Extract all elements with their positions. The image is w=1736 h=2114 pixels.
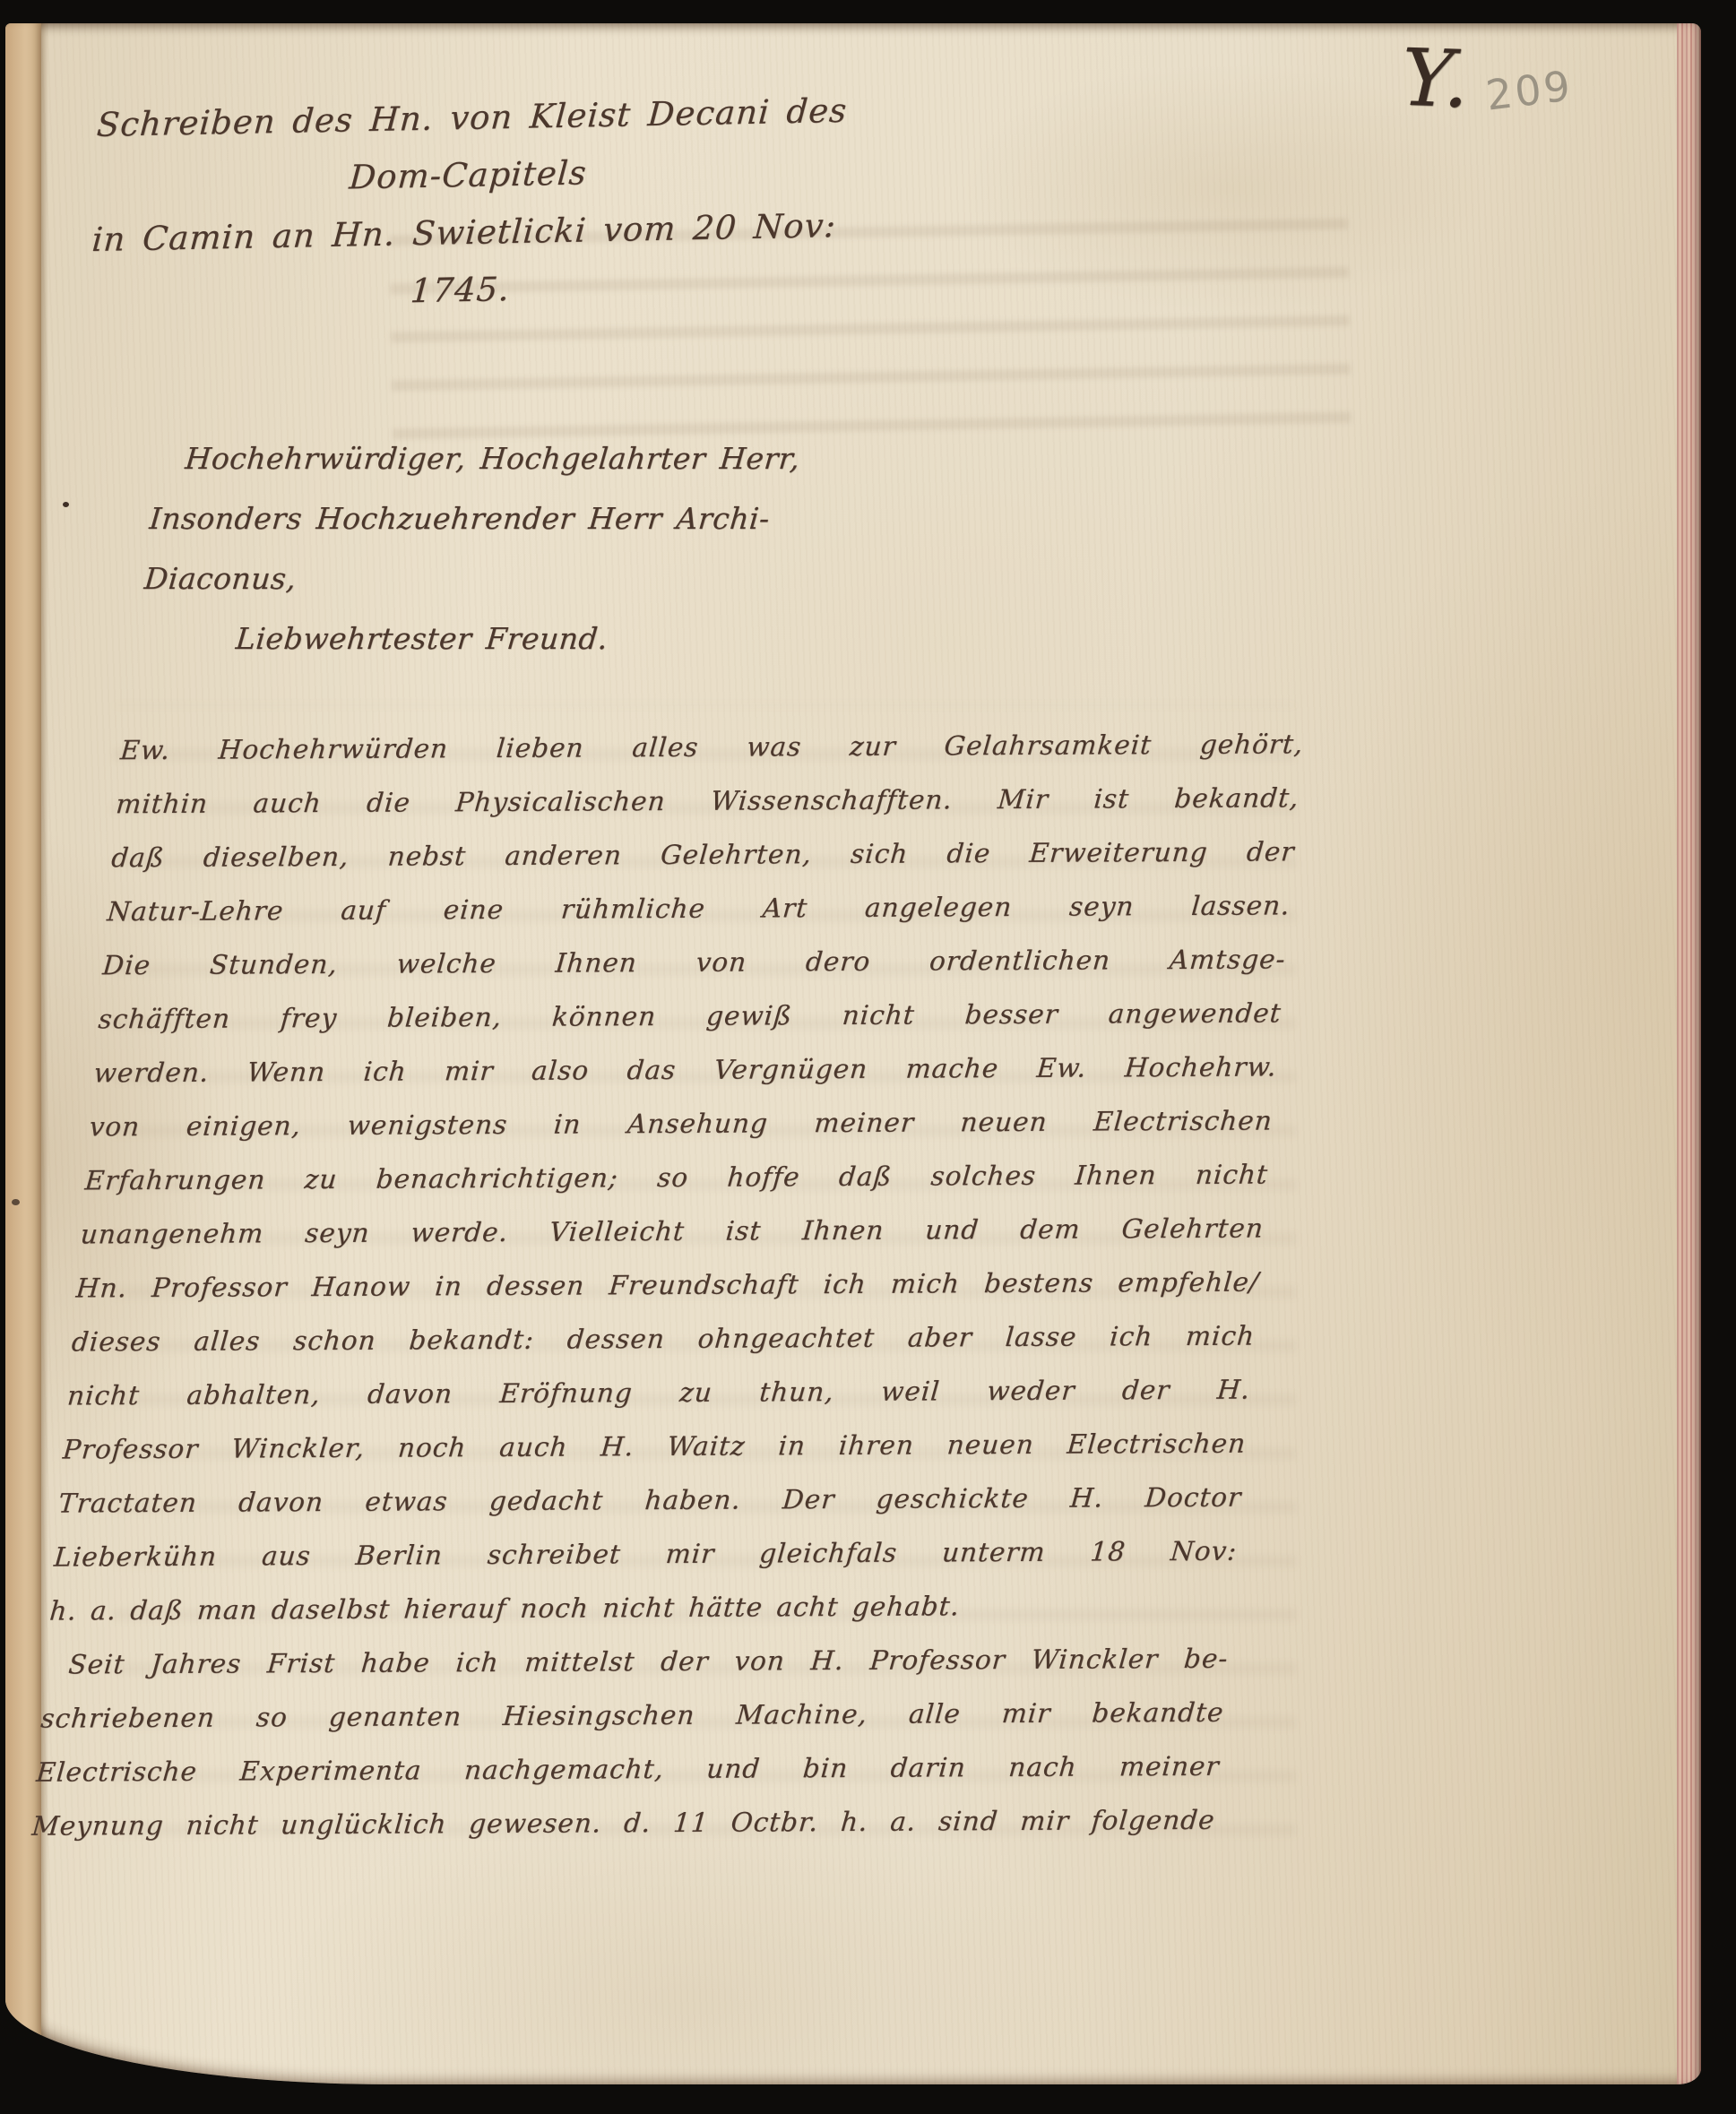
body-text-line: Meynung nicht unglücklich gewesen. d. 11… — [30, 1793, 1217, 1853]
body-text-line: unangenehm seyn werde. Vielleicht ist Ih… — [78, 1202, 1265, 1262]
body-text-line: Hn. Professor Hanow in dessen Freundscha… — [74, 1255, 1262, 1316]
salutation-line: Insonders Hochzuehrender Herr Archi-Diac… — [142, 488, 833, 608]
deckle-edge-right — [1677, 23, 1701, 2084]
body-text-line: schriebenen so genanten Hiesingschen Mac… — [39, 1686, 1226, 1746]
body-text-line: Professor Winckler, noch auch H. Waitz i… — [61, 1417, 1248, 1477]
body-text-line: Lieberkühn aus Berlin schreibet mir glei… — [52, 1524, 1239, 1584]
body-text-line: Tractaten davon etwas gedacht haben. Der… — [56, 1471, 1244, 1531]
body-text-line: schäfften frey bleiben, können gewiß nic… — [96, 986, 1283, 1046]
body-text-line: mithin auch die Physicalischen Wissensch… — [114, 771, 1301, 831]
scan-background: { "colors":{ "paper":"#e8dec9","ink":"#4… — [0, 0, 1736, 2114]
salutation-line: Hochehrwürdiger, Hochgelahrter Herr, — [183, 428, 839, 488]
letter-body: Ew. Hochehrwürden lieben alles was zur G… — [30, 717, 1306, 1852]
body-text-line: nicht abhalten, davon Eröfnung zu thun, … — [65, 1363, 1253, 1423]
body-text-line: Ew. Hochehrwürden lieben alles was zur G… — [118, 717, 1306, 777]
body-text-line: Die Stunden, welche Ihnen von dero orden… — [100, 932, 1288, 992]
salutation-line: Liebwehrtester Freund. — [233, 608, 823, 669]
body-text-line: Erfahrungen zu benachrichtigen; so hoffe… — [82, 1147, 1270, 1207]
body-text-line: Natur-Lehre auf eine rühmliche Art angel… — [105, 878, 1292, 938]
page-number-pencil: 209 — [1484, 65, 1576, 116]
body-text-line: Electrische Experimenta nachgemacht, und… — [34, 1739, 1222, 1799]
body-text-line: daß dieselben, nebst anderen Gelehrten, … — [109, 824, 1297, 884]
header-line: in Camin an Hn. Swietlicki vom 20 Nov: 1… — [82, 197, 842, 326]
body-text-line: von einigen, wenigstens in Ansehung mein… — [87, 1093, 1274, 1153]
body-text-line: Seit Jahres Frist habe ich mittelst der … — [43, 1632, 1231, 1692]
body-text-line: werden. Wenn ich mir also das Vergnügen … — [91, 1040, 1279, 1100]
ink-spot — [12, 1199, 20, 1205]
body-text-line: dieses alles schon bekandt: dessen ohnge… — [70, 1309, 1257, 1369]
letter-header: Schreiben des Hn. von Kleist Decani des … — [82, 82, 850, 327]
ink-spot — [63, 502, 69, 507]
body-text-line: h. a. daß man daselbst hierauf noch nich… — [48, 1578, 1235, 1638]
letter-salutation: Hochehrwürdiger, Hochgelahrter Herr,Inso… — [136, 428, 838, 669]
header-line: Schreiben des Hn. von Kleist Decani des … — [90, 82, 851, 211]
manuscript-page: Y. 209 Schreiben des Hn. von Kleist Deca… — [5, 23, 1701, 2084]
folio-mark: Y. — [1400, 39, 1470, 120]
